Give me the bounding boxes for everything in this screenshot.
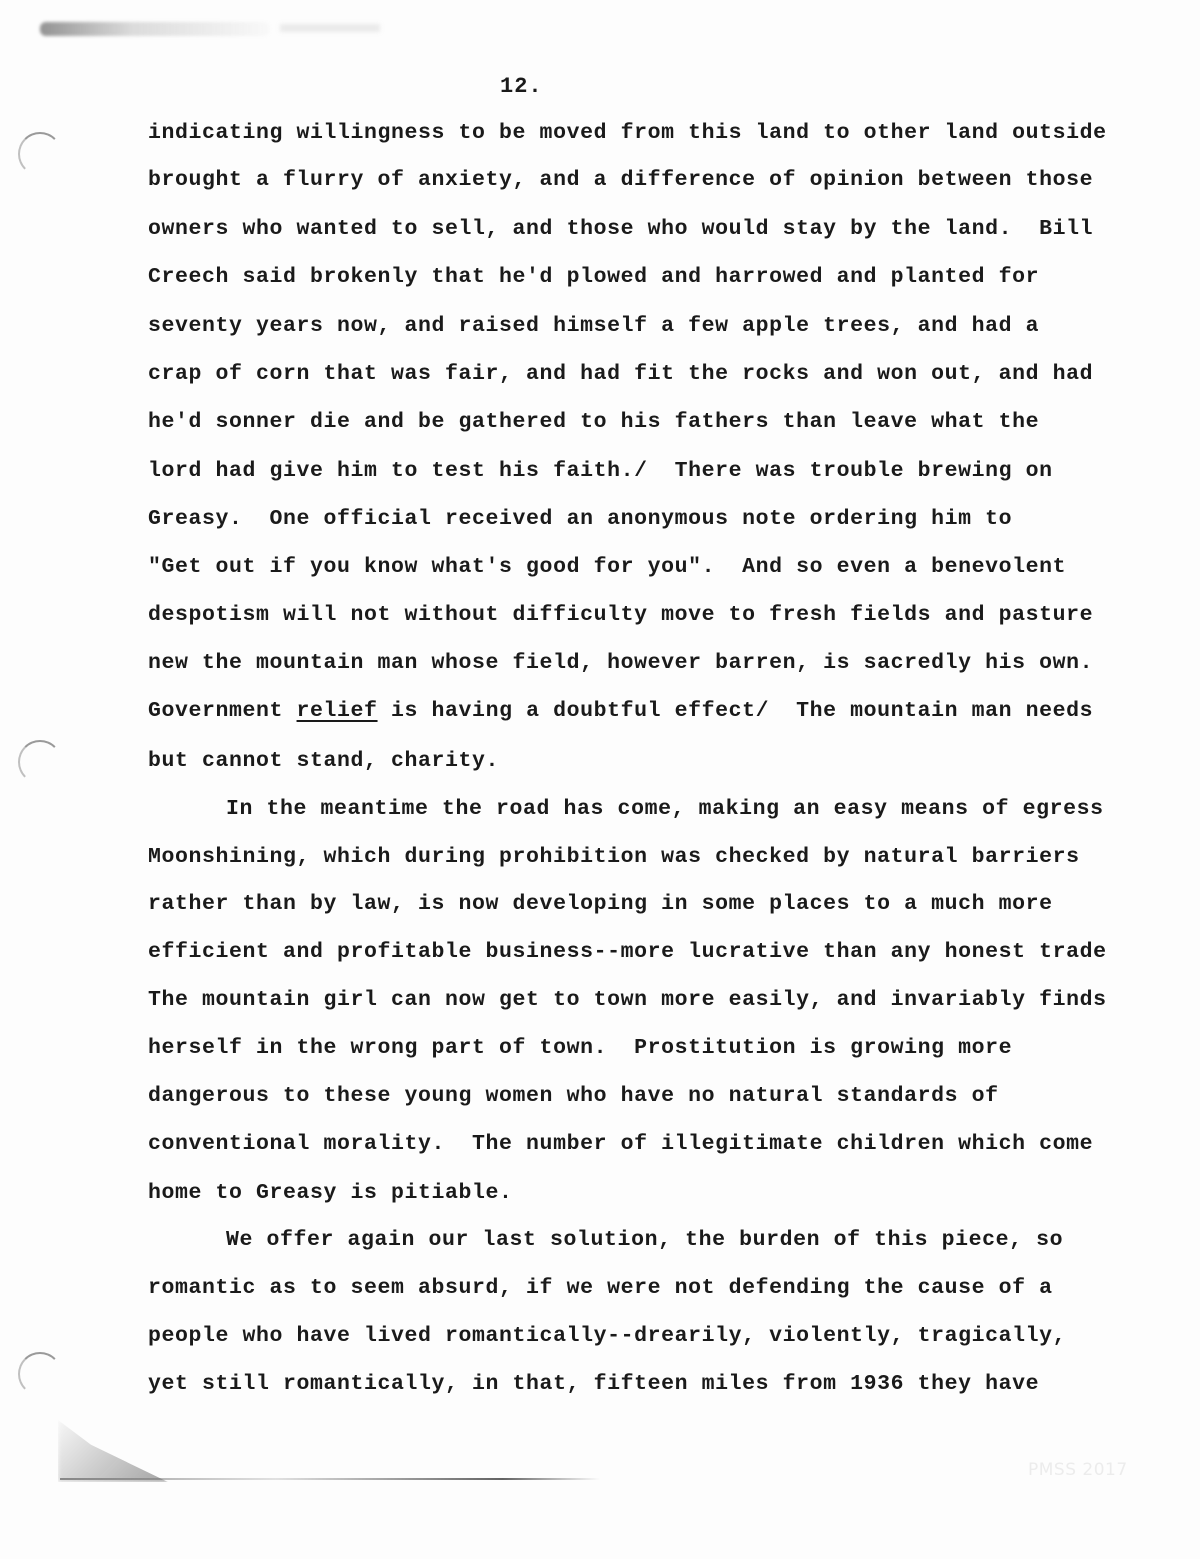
- paragraph-first-line: We offer again our last solution, the bu…: [226, 1225, 1063, 1255]
- text-line: people who have lived romantically--drea…: [148, 1321, 1066, 1351]
- text-line: efficient and profitable business--more …: [148, 937, 1107, 967]
- text-line: yet still romantically, in that, fifteen…: [148, 1369, 1039, 1399]
- text-line: Greasy. One official received an anonymo…: [148, 504, 1012, 534]
- text-line: seventy years now, and raised himself a …: [148, 311, 1039, 341]
- paragraph-first-line: In the meantime the road has come, makin…: [226, 794, 1104, 824]
- text-line: herself in the wrong part of town. Prost…: [148, 1033, 1012, 1063]
- text-line: home to Greasy is pitiable.: [148, 1178, 513, 1208]
- typewritten-page: 12. indicating willingness to be moved f…: [0, 0, 1200, 1559]
- underlined-word: relief: [297, 699, 378, 723]
- punch-hole-icon: [18, 740, 62, 784]
- text-line: Creech said brokenly that he'd plowed an…: [148, 262, 1039, 292]
- text-line: new the mountain man whose field, howeve…: [148, 648, 1093, 678]
- text-line: but cannot stand, charity.: [148, 746, 499, 776]
- text-line: despotism will not without difficulty mo…: [148, 600, 1093, 630]
- text-line: The mountain girl can now get to town mo…: [148, 985, 1107, 1015]
- text-line: brought a flurry of anxiety, and a diffe…: [148, 165, 1093, 195]
- punch-hole-icon: [18, 132, 62, 176]
- watermark: PMSS 2017: [1028, 1460, 1128, 1480]
- scan-smudge-top-faint: [280, 24, 380, 32]
- text-line: "Get out if you know what's good for you…: [148, 552, 1066, 582]
- text-line: owners who wanted to sell, and those who…: [148, 214, 1093, 244]
- text-line: lord had give him to test his faith./ Th…: [148, 456, 1053, 486]
- scan-edge-line: [60, 1478, 600, 1480]
- text-line: he'd sonner die and be gathered to his f…: [148, 407, 1039, 437]
- text-line: romantic as to seem absurd, if we were n…: [148, 1273, 1053, 1303]
- text-segment: Government: [148, 699, 297, 723]
- text-line: conventional morality. The number of ill…: [148, 1129, 1093, 1159]
- text-line: crap of corn that was fair, and had fit …: [148, 359, 1093, 389]
- punch-hole-icon: [18, 1352, 62, 1396]
- scan-shadow-corner: [58, 1420, 168, 1482]
- text-line: Moonshining, which during prohibition wa…: [148, 842, 1080, 872]
- text-line: dangerous to these young women who have …: [148, 1081, 999, 1111]
- text-segment: is having a doubtful effect/ The mountai…: [378, 699, 1094, 723]
- text-line: rather than by law, is now developing in…: [148, 889, 1053, 919]
- scan-smudge-top: [40, 22, 270, 36]
- text-line-with-underline: Government relief is having a doubtful e…: [148, 696, 1093, 726]
- text-line: indicating willingness to be moved from …: [148, 118, 1107, 148]
- page-number: 12.: [500, 74, 543, 99]
